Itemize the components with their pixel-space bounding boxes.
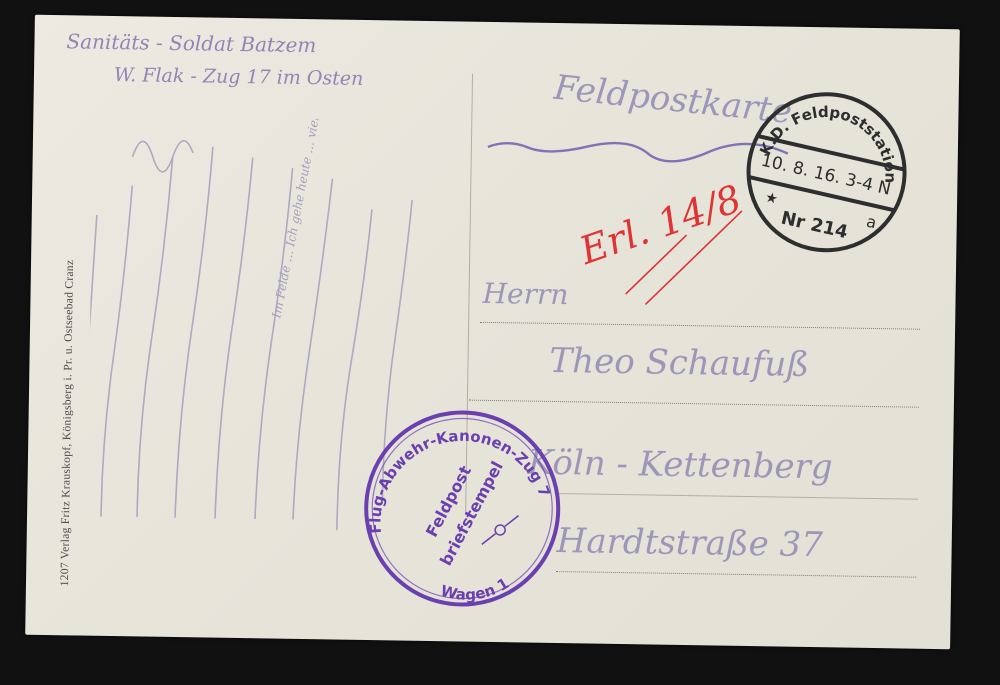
postmark: K.D. Feldpoststation 10. 8. 16. 3-4 N Nr… (735, 81, 918, 264)
address-line-4 (556, 571, 916, 578)
sender-line-1: Sanitäts - Soldat Batzem (66, 29, 316, 57)
postmark-bottom-text: Nr 214 (779, 208, 850, 244)
unit-stamp: Flug-Abwehr-Kanonen-Zug 7 Wagen 1 Feldpo… (356, 405, 569, 613)
sender-line-2: W. Flak - Zug 17 im Osten (114, 64, 364, 90)
publisher-imprint: 1207 Verlag Fritz Krauskopf, Königsberg … (59, 56, 79, 586)
address-line-1 (480, 322, 920, 330)
unit-stamp-ornament-icon (479, 516, 522, 545)
postmark-star-icon: ★ (764, 189, 780, 207)
address-line-3 (557, 493, 917, 500)
address-line-2 (469, 400, 919, 408)
address-name: Theo Schaufuß (549, 341, 809, 385)
postcard: 1207 Verlag Fritz Krauskopf, Königsberg … (25, 15, 960, 649)
message-text: Im Felde … Ich gehe heute … viele Grüße … (269, 116, 334, 321)
address-street: Hardtstraße 37 (556, 521, 823, 565)
postmark-suffix: a (865, 212, 879, 233)
address-salutation: Herrn (482, 277, 568, 311)
address-city: Köln - Kettenberg (528, 443, 833, 488)
